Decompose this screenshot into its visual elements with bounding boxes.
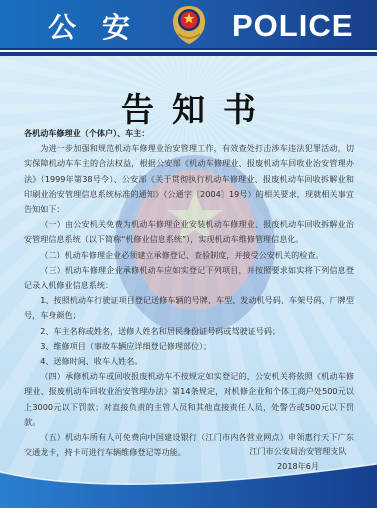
signature-org: 江门市公安局治安管理支队 (238, 444, 358, 459)
notice-item-2: 2、车主名称或姓名，送修人姓名和居民身份证号码或驾驶证号码； (24, 324, 354, 339)
notice-paragraph-4: （四）承修机动车或回收报废机动车不按规定如实登记的，公安机关将依照《机动车修理业… (24, 369, 354, 430)
bottom-wave-decoration (0, 460, 377, 508)
banner-stripe (0, 48, 377, 56)
notice-item-1: 1、按照机动车行驶证项目登记送修车辆的号牌、车型、发动机号码、车架号码、厂牌型号… (24, 293, 354, 323)
notice-paragraph-2: （二）机动车修理企业必须建立承修登记、查验制度，并接受公安机关的检查。 (24, 248, 354, 263)
police-banner: 公安 POLICE (0, 0, 377, 48)
notice-item-3: 3、维修项目（事故车辆应详细登记修理部位）； (24, 339, 354, 354)
notice-salutation: 各机动车修理业（个体户）、车主： (24, 126, 354, 141)
notice-paragraph-3: （三）机动车修理企业承修机动车应如实登记下列项目，并按照要求如实将下列信息登记录… (24, 263, 354, 293)
notice-item-4: 4、送修时间、收车人姓名。 (24, 354, 354, 369)
banner-title-cn: 公安 (48, 6, 156, 46)
police-emblem-icon (170, 4, 208, 46)
notice-body: 各机动车修理业（个体户）、车主： 为进一步加强和规范机动车修理业治安管理工作，有… (24, 126, 354, 460)
notice-title: 告知书 (0, 84, 377, 131)
notice-paragraph-1: （一）由公安机关免费为机动车修理企业安装机动车修理业、报废机动车回收拆解业治安管… (24, 217, 354, 247)
banner-title-en: POLICE (232, 8, 353, 44)
notice-paragraph-intro: 为进一步加强和规范机动车修理业治安管理工作，有效查处打击涉车违法犯罪活动，切实保… (24, 141, 354, 217)
